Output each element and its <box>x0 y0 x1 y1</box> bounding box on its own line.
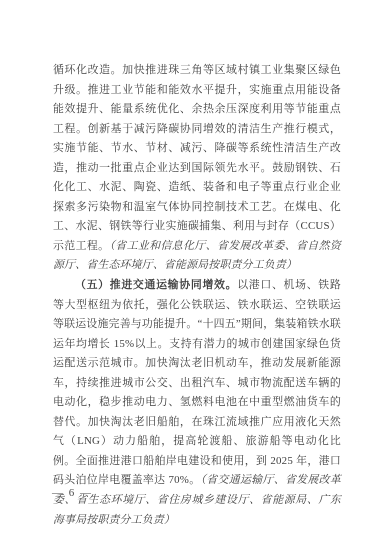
document-page: 循环化改造。加快推进珠三角等区域村镇工业集聚区绿色升级。推进工业节能和能效水平提… <box>0 0 390 551</box>
paragraph-transport-heading: （五）推进交通运输协同增效。 <box>75 279 237 291</box>
paragraph-industry: 循环化改造。加快推进珠三角等区域村镇工业集聚区绿色升级。推进工业节能和能效水平提… <box>53 61 341 276</box>
document-body: 循环化改造。加快推进珠三角等区域村镇工业集聚区绿色升级。推进工业节能和能效水平提… <box>53 61 341 530</box>
paragraph-industry-text: 循环化改造。加快推进珠三角等区域村镇工业集聚区绿色升级。推进工业节能和能效水平提… <box>53 64 341 252</box>
page-number: — 6 — <box>52 486 93 500</box>
paragraph-transport: （五）推进交通运输协同增效。以港口、机场、铁路等大型枢纽为依托，强化公铁联运、铁… <box>53 276 341 530</box>
paragraph-transport-text: 以港口、机场、铁路等大型枢纽为依托，强化公铁联运、铁水联运、空铁联运等联运设施完… <box>53 279 341 486</box>
